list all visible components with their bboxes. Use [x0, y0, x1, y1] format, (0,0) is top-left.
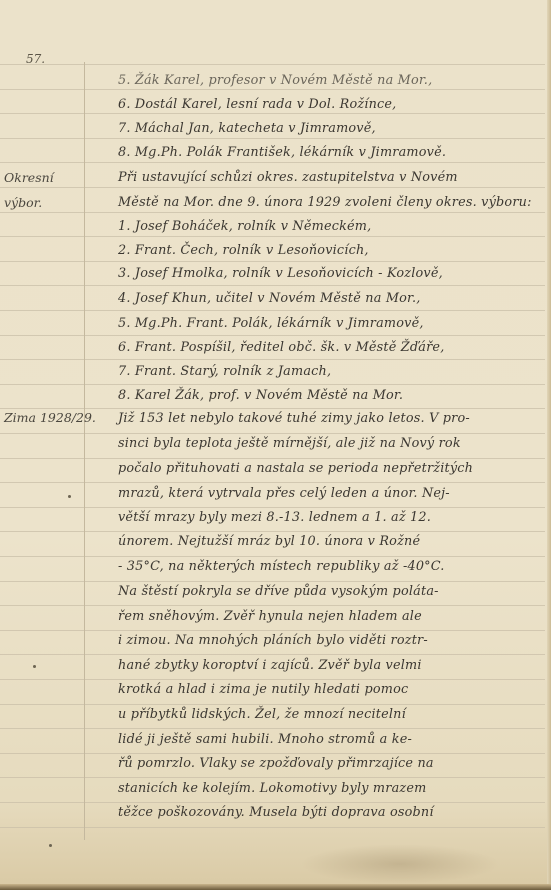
text-line: 2. Frant. Čech, rolník v Lesoňovicích,	[118, 243, 369, 258]
ruled-line	[0, 89, 545, 90]
text-line: 8. Mg.Ph. Polák František, lékárník v Ji…	[118, 145, 446, 160]
ruled-line	[0, 605, 545, 606]
ruled-line	[0, 162, 545, 163]
text-line: Při ustavující schůzi okres. zastupitels…	[118, 170, 458, 185]
text-line: počalo přituhovati a nastala se perioda …	[118, 461, 473, 476]
text-line: Na štěstí pokryla se dříve půda vysokým …	[118, 584, 439, 599]
margin-line	[84, 62, 85, 840]
text-line: 1. Josef Boháček, rolník v Německém,	[118, 219, 371, 234]
ruled-line	[0, 753, 545, 754]
ruled-line	[0, 408, 545, 409]
page-bottom-edge	[0, 884, 551, 890]
manuscript-page: 57. Okresní výbor. Zima 1928/29. 5. Žák …	[0, 0, 551, 890]
ruled-line	[0, 777, 545, 778]
ruled-line	[0, 827, 545, 828]
ruled-line	[0, 802, 545, 803]
ruled-line	[0, 630, 545, 631]
ink-dot	[33, 665, 36, 668]
margin-note-vybor: výbor.	[4, 195, 42, 210]
ruled-line	[0, 704, 545, 705]
text-line: 6. Frant. Pospíšil, ředitel obč. šk. v M…	[118, 340, 444, 355]
ruled-line	[0, 261, 545, 262]
ruled-line	[0, 138, 545, 139]
text-line: 7. Máchal Jan, katecheta v Jimramově,	[118, 121, 376, 136]
ruled-line	[0, 556, 545, 557]
text-line: stanicích ke kolejím. Lokomotivy byly mr…	[118, 781, 426, 796]
ruled-line	[0, 335, 545, 336]
text-line: 4. Josef Khun, učitel v Novém Městě na M…	[118, 291, 420, 306]
text-line: hané zbytky koroptví i zajíců. Zvěř byla…	[118, 658, 422, 673]
margin-note-zima: Zima 1928/29.	[4, 410, 96, 425]
text-line: lidé ji ještě sami hubili. Mnoho stromů …	[118, 732, 412, 747]
ruled-line	[0, 531, 545, 532]
ruled-line	[0, 113, 545, 114]
ruled-line	[0, 64, 545, 65]
stain	[300, 844, 500, 884]
ink-dot	[49, 844, 52, 847]
ruled-line	[0, 654, 545, 655]
page-number: 57.	[26, 52, 45, 66]
text-line: 5. Mg.Ph. Frant. Polák, lékárník v Jimra…	[118, 316, 424, 331]
ruled-line	[0, 581, 545, 582]
margin-note-okresni: Okresní	[4, 170, 54, 185]
ruled-line	[0, 384, 545, 385]
text-line: i zimou. Na mnohých pláních bylo viděti …	[118, 633, 428, 648]
text-line: 7. Frant. Starý, rolník z Jamach,	[118, 364, 331, 379]
text-line: - 35°C, na některých místech republiky a…	[118, 559, 445, 574]
text-line: těžce poškozovány. Musela býti doprava o…	[118, 805, 434, 820]
ruled-line	[0, 236, 545, 237]
text-line: 5. Žák Karel, profesor v Novém Městě na …	[118, 73, 432, 88]
ruled-line	[0, 728, 545, 729]
text-line: u příbytků lidských. Žel, že mnozí necit…	[118, 707, 406, 722]
text-line: únorem. Nejtužší mráz byl 10. února v Ro…	[118, 534, 420, 549]
ruled-line	[0, 359, 545, 360]
text-line: větší mrazy byly mezi 8.-13. lednem a 1.…	[118, 510, 431, 525]
ink-dot	[68, 495, 71, 498]
text-line: řů pomrzlo. Vlaky se zpožďovaly přimrzaj…	[118, 756, 434, 771]
text-line: krotká a hlad i zima je nutily hledati p…	[118, 682, 408, 697]
ruled-line	[0, 433, 545, 434]
text-line: sinci byla teplota ještě mírnější, ale j…	[118, 436, 461, 451]
ruled-line	[0, 482, 545, 483]
text-line: řem sněhovým. Zvěř hynula nejen hladem a…	[118, 609, 422, 624]
text-line: mrazů, která vytrvala přes celý leden a …	[118, 486, 450, 501]
ruled-line	[0, 212, 545, 213]
text-line: Městě na Mor. dne 9. února 1929 zvoleni …	[118, 195, 532, 210]
ruled-line	[0, 507, 545, 508]
ruled-line	[0, 458, 545, 459]
ruled-line	[0, 310, 545, 311]
text-line: 6. Dostál Karel, lesní rada v Dol. Rožín…	[118, 97, 396, 112]
text-line: 3. Josef Hmolka, rolník v Lesoňovicích -…	[118, 266, 443, 281]
ruled-line	[0, 679, 545, 680]
ruled-line	[0, 187, 545, 188]
text-line: 8. Karel Žák, prof. v Novém Městě na Mor…	[118, 388, 403, 403]
page-edge	[547, 0, 551, 890]
text-line: Již 153 let nebylo takové tuhé zimy jako…	[118, 411, 470, 426]
ruled-line	[0, 285, 545, 286]
